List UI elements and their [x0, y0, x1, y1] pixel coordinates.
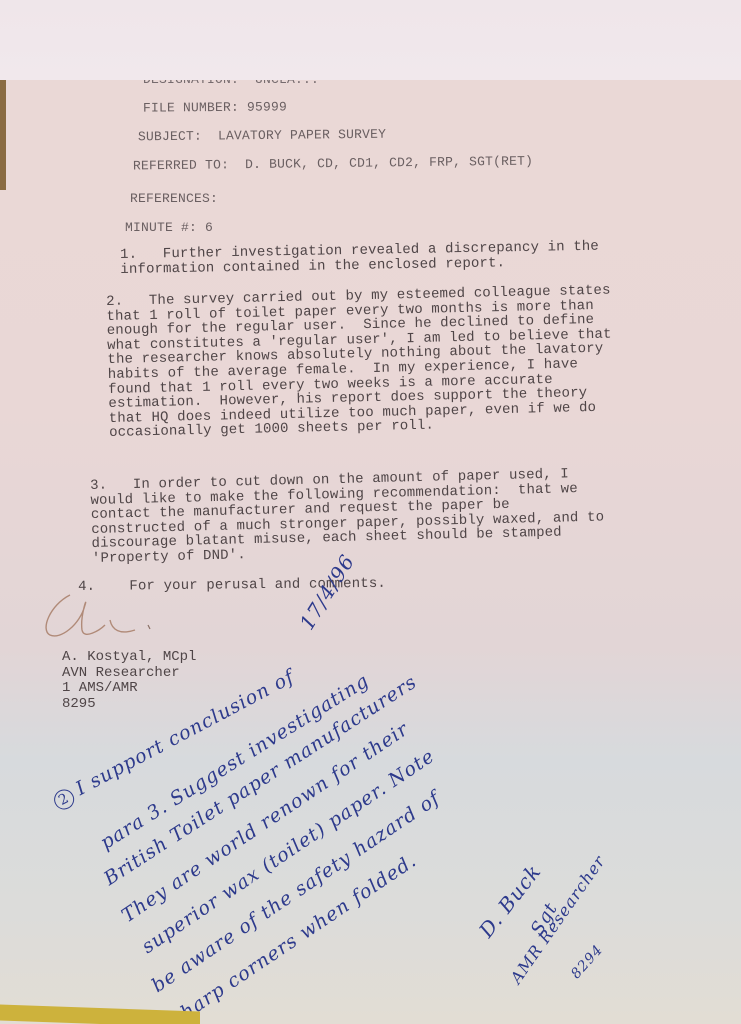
references-field: REFERENCES:	[130, 191, 218, 206]
overlapping-top-sheet	[0, 0, 741, 80]
paragraph-2: 2. The survey carried out by my esteemed…	[106, 284, 614, 441]
minute-number-field: MINUTE #: 6	[125, 220, 213, 235]
author-signature-block: A. Kostyal, MCpl AVN Researcher 1 AMS/AM…	[62, 650, 196, 712]
paragraph-3: 3. In order to cut down on the amount of…	[90, 466, 605, 566]
subject-field: SUBJECT: LAVATORY PAPER SURVEY	[138, 127, 386, 145]
folder-edge	[0, 80, 6, 190]
kostyal-signature-icon	[40, 585, 160, 655]
file-number-field: FILE NUMBER: 95999	[143, 99, 287, 115]
